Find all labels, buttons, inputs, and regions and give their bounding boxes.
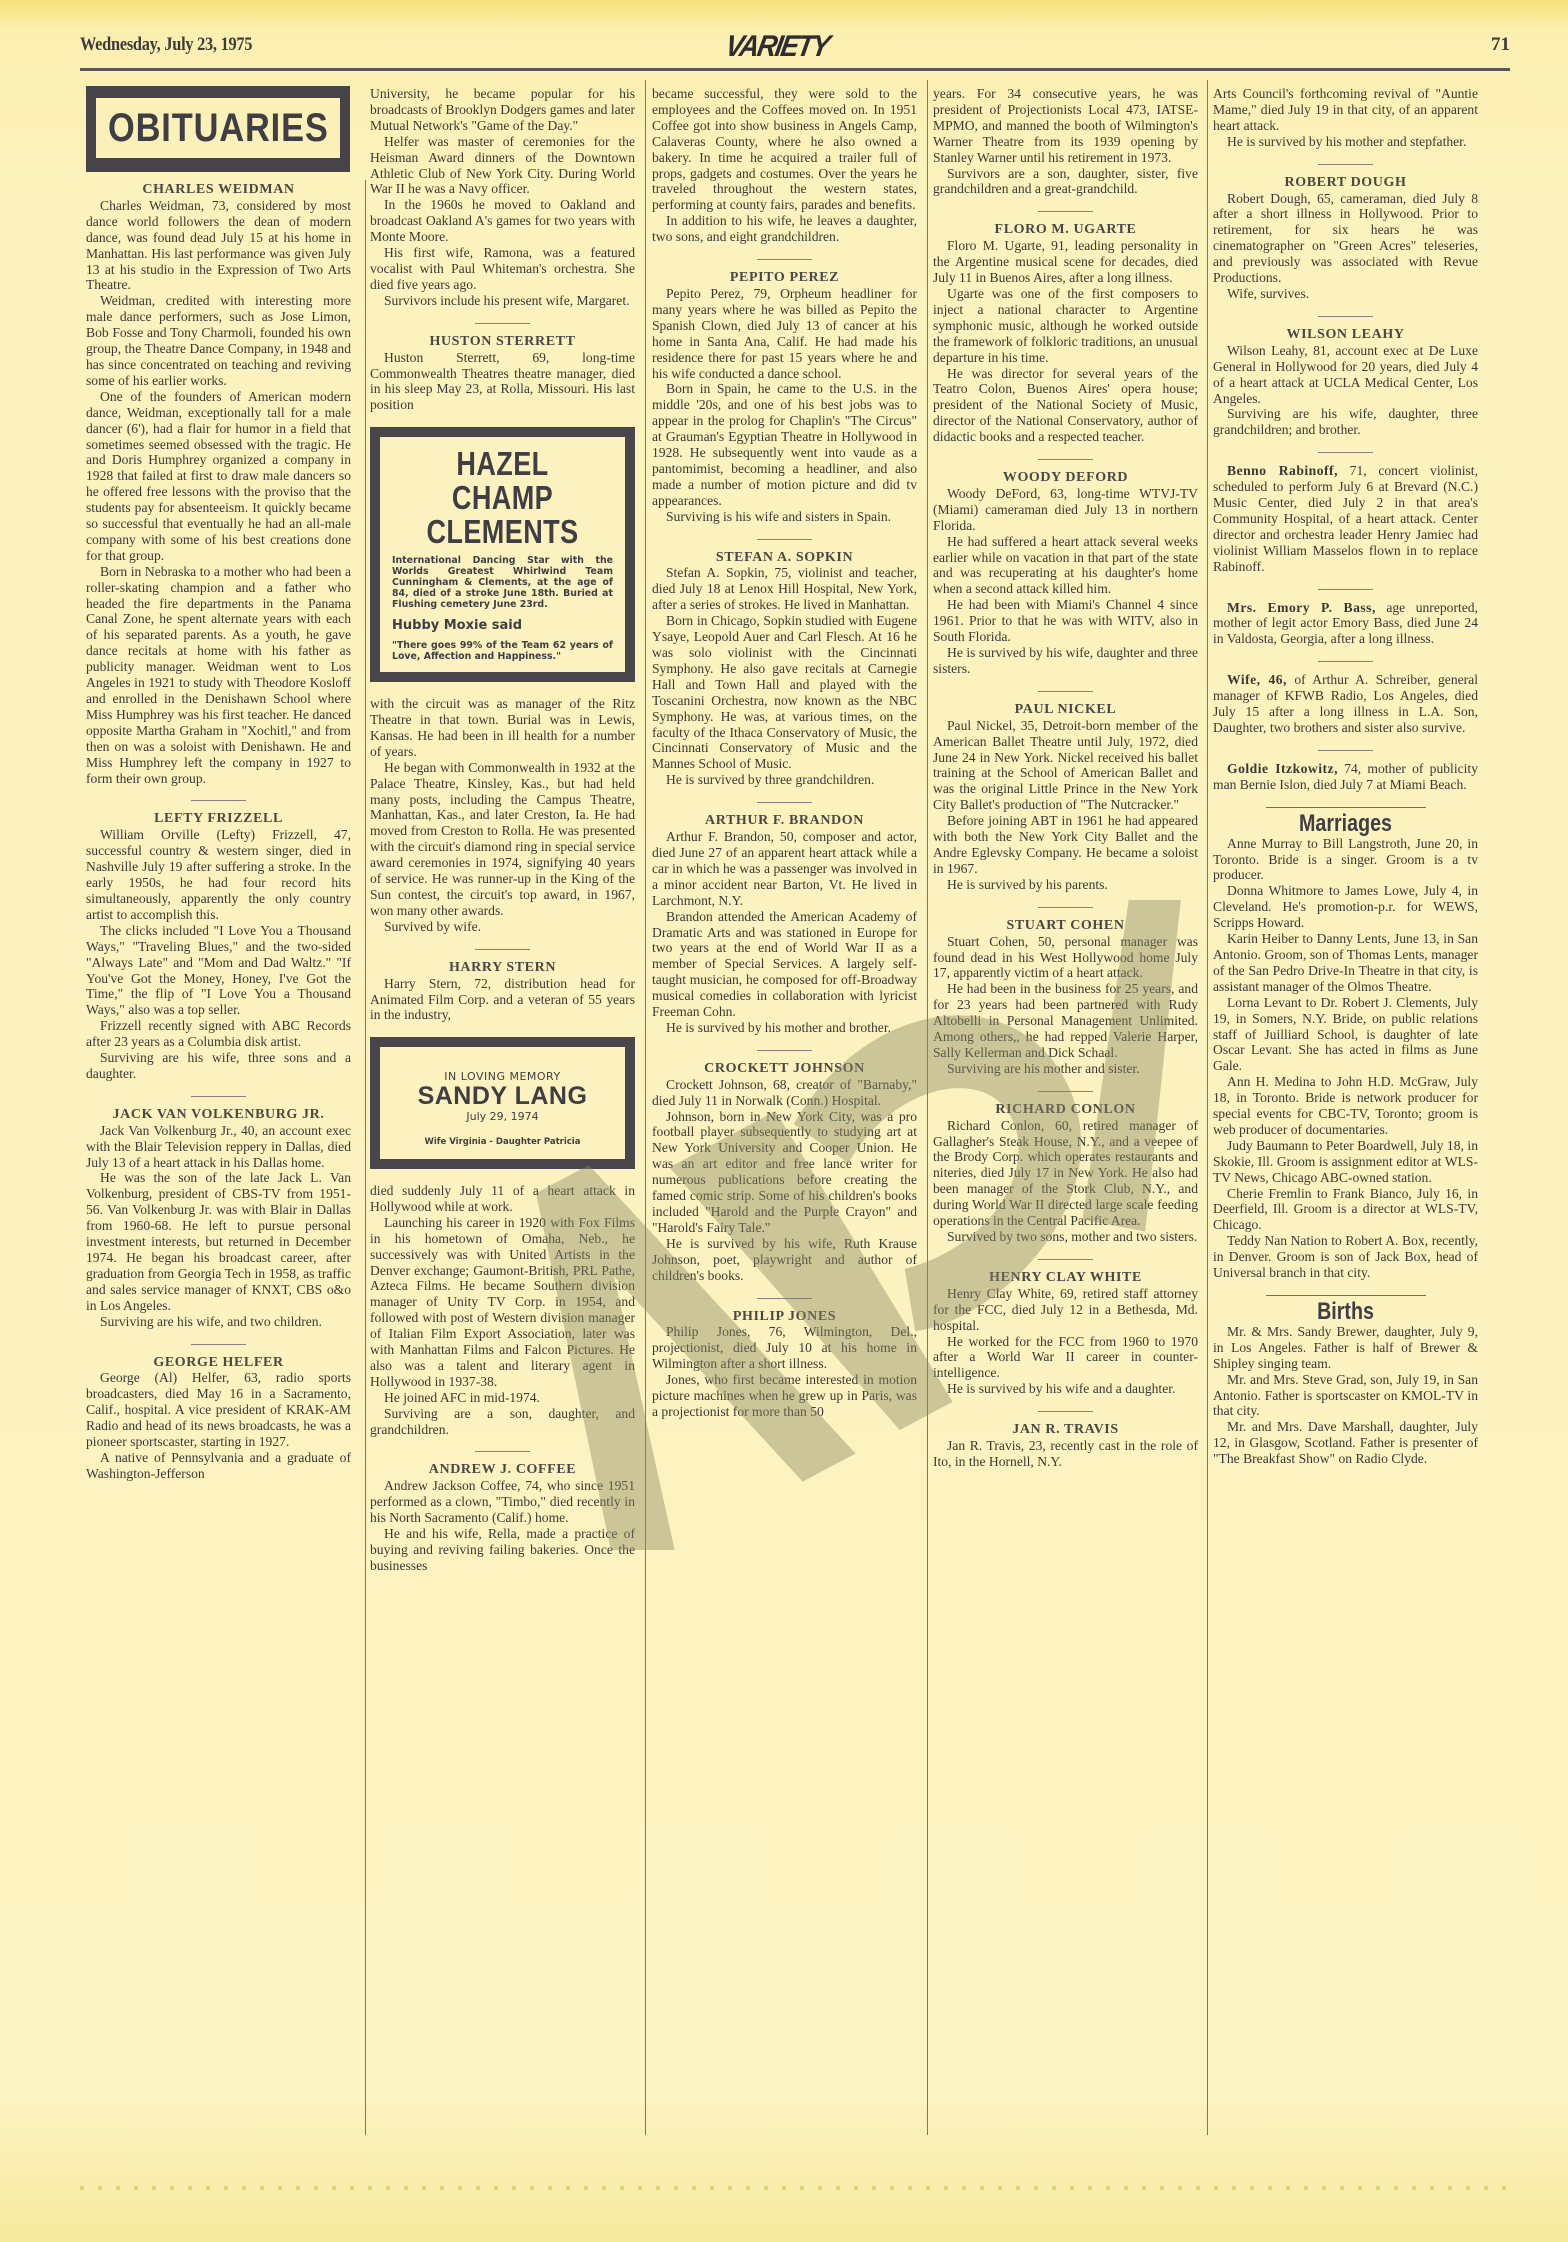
brief-notice: Mrs. Emory P. Bass, age unreported, moth… (1213, 600, 1478, 648)
obituary-paragraph: Weidman, credited with interesting more … (86, 293, 351, 388)
separator-rule (475, 323, 530, 324)
obituary-heading: LEFTY FRIZZELL (86, 811, 351, 827)
obituary-paragraph: Surviving are his mother and sister. (933, 1061, 1198, 1077)
sandy-lang-memorial-ad: IN LOVING MEMORYSANDY LANGJuly 29, 1974W… (370, 1037, 635, 1169)
obituary-heading: ARTHUR F. BRANDON (652, 813, 917, 829)
ad-body: International Dancing Star with the Worl… (392, 555, 613, 610)
obituary-heading: GEORGE HELFER (86, 1355, 351, 1371)
column-2: University, he became popular for his br… (370, 86, 635, 1574)
obituary-heading: ANDREW J. COFFEE (370, 1462, 635, 1478)
separator-rule (757, 1050, 812, 1051)
column-divider (645, 80, 646, 2135)
marriage-entry: Cherie Fremlin to Frank Bianco, July 16,… (1213, 1186, 1478, 1234)
obituary-heading: HUSTON STERRETT (370, 334, 635, 350)
separator-rule (1318, 661, 1373, 662)
obituary-paragraph: A native of Pennsylvania and a graduate … (86, 1450, 351, 1482)
obituary-heading: CHARLES WEIDMAN (86, 182, 351, 198)
obituary-paragraph: Jack Van Volkenburg Jr., 40, an account … (86, 1123, 351, 1171)
continued-paragraph: with the circuit was as manager of the R… (370, 696, 635, 760)
obituary-paragraph: Surviving are his wife, daughter, three … (1213, 406, 1478, 438)
section-rule (1266, 807, 1426, 808)
obituary-paragraph: Philip Jones, 76, Wilmington, Del., proj… (652, 1324, 917, 1372)
column-divider (365, 180, 366, 2135)
separator-rule (1038, 211, 1093, 212)
variety-logo: VARIETY (723, 30, 831, 64)
marriage-entry: Anne Murray to Bill Langstroth, June 20,… (1213, 836, 1478, 884)
obituary-paragraph: Launching his career in 1920 with Fox Fi… (370, 1215, 635, 1390)
ad-quote: "There goes 99% of the Team 62 years of … (392, 640, 613, 662)
obituary-paragraph: Richard Conlon, 60, retired manager of G… (933, 1118, 1198, 1229)
marriage-entry: Judy Baumann to Peter Boardwell, July 18… (1213, 1138, 1478, 1186)
ad-title: HAZEL CHAMP CLEMENTS (412, 447, 593, 549)
page-bottom-edge (80, 2186, 1510, 2190)
obituary-paragraph: Crockett Johnson, 68, creator of "Barnab… (652, 1077, 917, 1109)
obituary-paragraph: Born in Chicago, Sopkin studied with Eug… (652, 613, 917, 772)
birth-entry: Mr. & Mrs. Sandy Brewer, daughter, July … (1213, 1324, 1478, 1372)
continued-paragraph: Arts Council's forthcoming revival of "A… (1213, 86, 1478, 134)
separator-rule (757, 1298, 812, 1299)
obituary-paragraph: The clicks included "I Love You a Thousa… (86, 923, 351, 1018)
obituary-paragraph: He joined AFC in mid-1974. (370, 1390, 635, 1406)
obituary-paragraph: Born in Spain, he came to the U.S. in th… (652, 381, 917, 508)
ad-subhead: Hubby Moxie said (392, 618, 613, 634)
obituary-paragraph: Wilson Leahy, 81, account exec at De Lux… (1213, 343, 1478, 407)
obituary-paragraph: Stuart Cohen, 50, personal manager was f… (933, 934, 1198, 982)
obituary-heading: CROCKETT JOHNSON (652, 1061, 917, 1077)
separator-rule (1038, 691, 1093, 692)
separator-rule (757, 259, 812, 260)
page-number: 71 (1491, 34, 1510, 56)
obituary-paragraph: Helfer was master of ceremonies for the … (370, 134, 635, 198)
obituary-paragraph: George (Al) Helfer, 63, radio sports bro… (86, 1370, 351, 1450)
column-4: years. For 34 consecutive years, he was … (933, 86, 1198, 1470)
obituary-paragraph: He is survived by his mother and brother… (652, 1020, 917, 1036)
marriage-entry: Teddy Nan Nation to Robert A. Box, recen… (1213, 1233, 1478, 1281)
continued-paragraph: University, he became popular for his br… (370, 86, 635, 134)
separator-rule (475, 949, 530, 950)
ad-name: SANDY LANG (388, 1089, 617, 1105)
obituary-heading: JACK VAN VOLKENBURG JR. (86, 1107, 351, 1123)
obituary-paragraph: Paul Nickel, 35, Detroit-born member of … (933, 718, 1198, 813)
obituary-paragraph: Brandon attended the American Academy of… (652, 909, 917, 1020)
marriage-entry: Lorna Levant to Dr. Robert J. Clements, … (1213, 995, 1478, 1075)
separator-rule (191, 800, 246, 801)
obituary-paragraph: He began with Commonwealth in 1932 at th… (370, 760, 635, 919)
separator-rule (1318, 316, 1373, 317)
obituary-paragraph: He had suffered a heart attack several w… (933, 534, 1198, 598)
obituary-paragraph: He is survived by his wife, Ruth Krause … (652, 1236, 917, 1284)
issue-date: Wednesday, July 23, 1975 (80, 34, 252, 56)
separator-rule (757, 802, 812, 803)
obituary-paragraph: Surviving are his wife, three sons and a… (86, 1050, 351, 1082)
separator-rule (1318, 589, 1373, 590)
separator-rule (1318, 164, 1373, 165)
obituary-paragraph: Woody DeFord, 63, long-time WTVJ-TV (Mia… (933, 486, 1198, 534)
marriages-heading: Marriages (1237, 816, 1454, 832)
obituary-heading: FLORO M. UGARTE (933, 222, 1198, 238)
obituary-paragraph: Born in Nebraska to a mother who had bee… (86, 564, 351, 787)
notice-lead-name: Benno Rabinoff, (1227, 463, 1338, 478)
obituary-paragraph: Harry Stern, 72, distribution head for A… (370, 976, 635, 1024)
obituary-paragraph: Survived by wife. (370, 919, 635, 935)
notice-text: 71, concert violinist, scheduled to perf… (1213, 463, 1478, 573)
separator-rule (1038, 1259, 1093, 1260)
separator-rule (1318, 750, 1373, 751)
obituary-paragraph: Survivors include his present wife, Marg… (370, 293, 635, 309)
obituary-paragraph: Pepito Perez, 79, Orpheum headliner for … (652, 286, 917, 381)
birth-entry: Mr. and Mrs. Dave Marshall, daughter, Ju… (1213, 1419, 1478, 1467)
obituary-paragraph: Johnson, born in New York City, was a pr… (652, 1109, 917, 1236)
column-divider (927, 80, 928, 2135)
obituary-paragraph: Jan R. Travis, 23, recently cast in the … (933, 1438, 1198, 1470)
obituary-paragraph: In addition to his wife, he leaves a dau… (652, 213, 917, 245)
obituary-paragraph: He worked for the FCC from 1960 to 1970 … (933, 1334, 1198, 1382)
separator-rule (1318, 452, 1373, 453)
obituary-heading: STEFAN A. SOPKIN (652, 550, 917, 566)
separator-rule (1038, 907, 1093, 908)
obituary-paragraph: He is survived by his wife and a daughte… (933, 1381, 1198, 1397)
obituary-paragraph: Surviving are a son, daughter, and grand… (370, 1406, 635, 1438)
obituary-paragraph: Survivors are a son, daughter, sister, f… (933, 166, 1198, 198)
separator-rule (475, 1451, 530, 1452)
obituary-paragraph: Robert Dough, 65, cameraman, died July 8… (1213, 191, 1478, 286)
obituary-paragraph: He is survived by his mother and stepfat… (1213, 134, 1478, 150)
obituaries-banner: OBITUARIES (86, 86, 350, 172)
births-heading: Births (1237, 1304, 1454, 1320)
obituary-paragraph: Henry Clay White, 69, retired staff atto… (933, 1286, 1198, 1334)
separator-rule (757, 539, 812, 540)
obituary-paragraph: Huston Sterrett, 69, long-time Commonwea… (370, 350, 635, 414)
masthead: Wednesday, July 23, 1975 VARIETY 71 (80, 30, 1510, 68)
hazel-clements-memorial-ad: HAZEL CHAMP CLEMENTSInternational Dancin… (370, 427, 635, 682)
obituary-paragraph: His first wife, Ramona, was a featured v… (370, 245, 635, 293)
notice-lead-name: Goldie Itzkowitz, (1227, 761, 1338, 776)
continued-paragraph: died suddenly July 11 of a heart attack … (370, 1183, 635, 1215)
marriage-entry: Karin Heiber to Danny Lents, June 13, in… (1213, 931, 1478, 995)
obituary-heading: PAUL NICKEL (933, 702, 1198, 718)
obituary-heading: RICHARD CONLON (933, 1102, 1198, 1118)
separator-rule (1038, 1091, 1093, 1092)
brief-notice: Goldie Itzkowitz, 74, mother of publicit… (1213, 761, 1478, 793)
separator-rule (1038, 1411, 1093, 1412)
column-3: became successful, they were sold to the… (652, 86, 917, 1420)
obituary-paragraph: Charles Weidman, 73, considered by most … (86, 198, 351, 293)
obituary-paragraph: He is survived by three grandchildren. (652, 772, 917, 788)
obituary-paragraph: Andrew Jackson Coffee, 74, who since 195… (370, 1478, 635, 1526)
obituary-paragraph: In the 1960s he moved to Oakland and bro… (370, 197, 635, 245)
obituary-paragraph: Surviving are his wife, and two children… (86, 1314, 351, 1330)
column-divider (1207, 80, 1208, 2135)
ad-family: Wife Virginia - Daughter Patricia (388, 1135, 617, 1151)
obituary-heading: WILSON LEAHY (1213, 327, 1478, 343)
obituary-paragraph: Wife, survives. (1213, 286, 1478, 302)
obituary-heading: WOODY DEFORD (933, 470, 1198, 486)
separator-rule (191, 1344, 246, 1345)
continued-paragraph: became successful, they were sold to the… (652, 86, 917, 213)
obituary-paragraph: He had been with Miami's Channel 4 since… (933, 597, 1198, 645)
obituary-paragraph: Arthur F. Brandon, 50, composer and acto… (652, 829, 917, 909)
obituary-paragraph: Ugarte was one of the first composers to… (933, 286, 1198, 366)
obituary-paragraph: Survived by two sons, mother and two sis… (933, 1229, 1198, 1245)
obituary-paragraph: He is survived by his parents. (933, 877, 1198, 893)
brief-notice: Benno Rabinoff, 71, concert violinist, s… (1213, 463, 1478, 574)
obituary-heading: ROBERT DOUGH (1213, 175, 1478, 191)
notice-lead-name: Wife, 46, (1227, 672, 1287, 687)
obituary-paragraph: Floro M. Ugarte, 91, leading personality… (933, 238, 1198, 286)
obituary-paragraph: Frizzell recently signed with ABC Record… (86, 1018, 351, 1050)
obituary-heading: HENRY CLAY WHITE (933, 1270, 1198, 1286)
obituary-heading: STUART COHEN (933, 918, 1198, 934)
notice-lead-name: Mrs. Emory P. Bass, (1227, 600, 1376, 615)
marriage-entry: Ann H. Medina to John H.D. McGraw, July … (1213, 1074, 1478, 1138)
obituary-paragraph: Surviving is his wife and sisters in Spa… (652, 509, 917, 525)
column-1: CHARLES WEIDMANCharles Weidman, 73, cons… (86, 182, 351, 1482)
section-rule (1266, 1295, 1426, 1296)
obituary-paragraph: One of the founders of American modern d… (86, 389, 351, 564)
obituary-paragraph: Before joining ABT in 1961 he had appear… (933, 813, 1198, 877)
continued-paragraph: years. For 34 consecutive years, he was … (933, 86, 1198, 166)
column-5: Arts Council's forthcoming revival of "A… (1213, 86, 1478, 1467)
separator-rule (1038, 459, 1093, 460)
obituary-paragraph: He was the son of the late Jack L. Van V… (86, 1170, 351, 1313)
obituary-paragraph: He had been in the business for 25 years… (933, 981, 1198, 1061)
obituary-paragraph: Stefan A. Sopkin, 75, violinist and teac… (652, 565, 917, 613)
obituary-paragraph: He and his wife, Rella, made a practice … (370, 1526, 635, 1574)
obituary-paragraph: William Orville (Lefty) Frizzell, 47, su… (86, 827, 351, 922)
separator-rule (191, 1096, 246, 1097)
newspaper-page: Wednesday, July 23, 1975 VARIETY 71 OBIT… (0, 0, 1568, 2242)
birth-entry: Mr. and Mrs. Steve Grad, son, July 19, i… (1213, 1372, 1478, 1420)
marriage-entry: Donna Whitmore to James Lowe, July 4, in… (1213, 883, 1478, 931)
masthead-rule (80, 68, 1510, 71)
obituary-heading: HARRY STERN (370, 960, 635, 976)
brief-notice: Wife, 46, of Arthur A. Schreiber, genera… (1213, 672, 1478, 736)
obituary-paragraph: He was director for several years of the… (933, 366, 1198, 446)
obituary-heading: PEPITO PEREZ (652, 270, 917, 286)
obituary-paragraph: He is survived by his wife, daughter and… (933, 645, 1198, 677)
obituary-heading: PHILIP JONES (652, 1309, 917, 1325)
obituary-heading: JAN R. TRAVIS (933, 1422, 1198, 1438)
obituary-paragraph: Jones, who first became interested in mo… (652, 1372, 917, 1420)
ad-date: July 29, 1974 (388, 1109, 617, 1125)
obituaries-title: OBITUARIES (108, 106, 329, 151)
